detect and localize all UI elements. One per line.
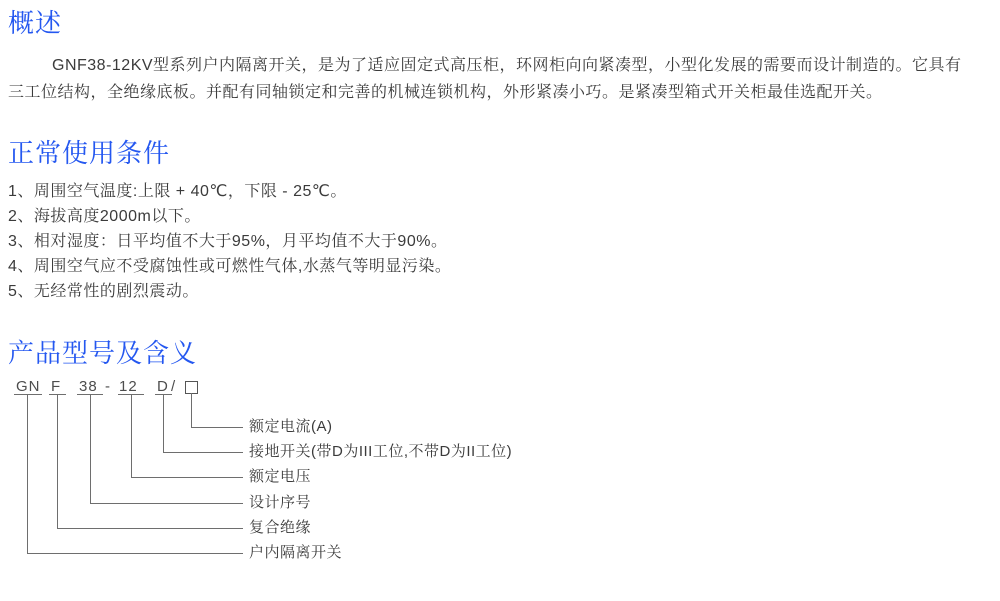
model-segment-gn: GN (16, 378, 41, 395)
condition-item-4: 4、周围空气应不受腐蚀性或可燃性气体,水蒸气等明显污染。 (8, 254, 451, 279)
connector-horizontal-12 (131, 477, 243, 478)
model-segment-d: D (157, 378, 169, 395)
connector-horizontal-f (57, 528, 243, 529)
connector-vertical-38 (90, 395, 91, 503)
model-heading: 产品型号及含义 (8, 339, 197, 367)
overview-paragraph-line-1: GNF38-12KV型系列户内隔离开关，是为了适应固定式高压柜，环网柜向向紧凑型… (8, 52, 948, 79)
connector-vertical-gn (27, 395, 28, 553)
connector-horizontal-gn (27, 553, 243, 554)
model-segment-dash: - (105, 378, 111, 395)
label-rated-voltage: 额定电压 (249, 467, 311, 487)
connector-horizontal-d (163, 452, 243, 453)
condition-item-1: 1、周围空气温度:上限 + 40℃，下限 - 25℃。 (8, 179, 347, 204)
connector-vertical-square (191, 393, 192, 427)
connector-vertical-d (163, 395, 164, 452)
connector-vertical-12 (131, 395, 132, 477)
document-page: 概述 GNF38-12KV型系列户内隔离开关，是为了适应固定式高压柜，环网柜向向… (0, 0, 1000, 601)
connector-horizontal-square (191, 427, 243, 428)
label-earthing-switch: 接地开关(带D为III工位,不带D为II工位) (249, 442, 512, 462)
conditions-heading: 正常使用条件 (8, 139, 170, 167)
condition-item-3: 3、相对湿度：日平均值不大于95%，月平均值不大于90%。 (8, 229, 447, 254)
label-design-serial: 设计序号 (249, 493, 311, 513)
label-composite-insulation: 复合绝缘 (249, 518, 311, 538)
condition-item-5: 5、无经常性的剧烈震动。 (8, 279, 199, 304)
overview-paragraph-line-2: 三工位结构，全绝缘底板。并配有同轴锁定和完善的机械连锁机构，外形紧凑小巧。是紧凑… (8, 79, 948, 106)
connector-vertical-f (57, 395, 58, 528)
label-indoor-isolation-switch: 户内隔离开关 (249, 543, 342, 563)
underline-gn (14, 394, 42, 395)
connector-horizontal-38 (90, 503, 243, 504)
model-segment-12: 12 (119, 378, 138, 395)
overview-heading: 概述 (8, 9, 62, 37)
label-rated-current: 额定电流(A) (249, 417, 333, 437)
model-segment-slash: / (171, 378, 176, 395)
model-segment-f: F (51, 378, 61, 395)
model-segment-38: 38 (79, 378, 98, 395)
condition-item-2: 2、海拔高度2000m以下。 (8, 204, 201, 229)
